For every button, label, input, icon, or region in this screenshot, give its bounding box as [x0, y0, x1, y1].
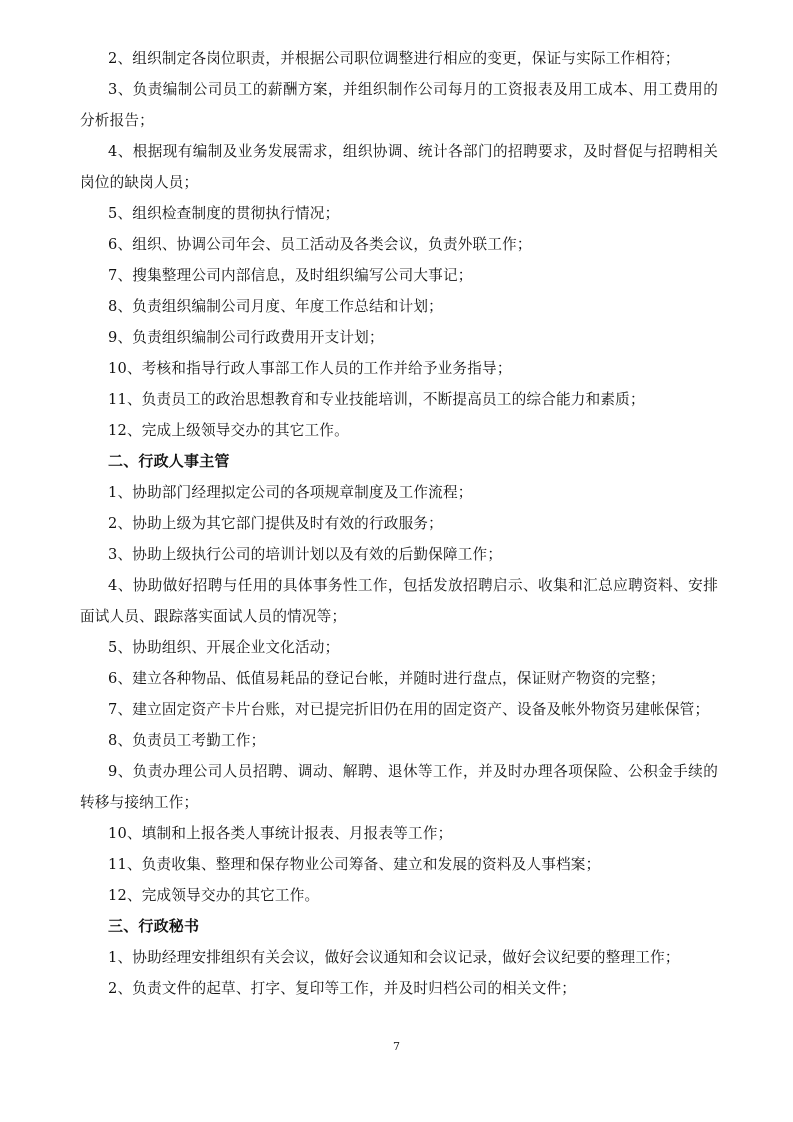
paragraph-item: 7、搜集整理公司内部信息，及时组织编写公司大事记； [80, 260, 718, 291]
paragraph-item: 9、负责组织编制公司行政费用开支计划； [80, 322, 718, 353]
paragraph-item: 2、负责文件的起草、打字、复印等工作，并及时归档公司的相关文件； [80, 973, 718, 1004]
paragraph-item: 1、协助经理安排组织有关会议，做好会议通知和会议记录，做好会议纪要的整理工作； [80, 942, 718, 973]
paragraph-item: 9、负责办理公司人员招聘、调动、解聘、退休等工作，并及时办理各项保险、公积金手续… [80, 756, 718, 818]
paragraph-item: 6、建立各种物品、低值易耗品的登记台帐，并随时进行盘点，保证财产物资的完整； [80, 663, 718, 694]
paragraph-item: 12、完成上级领导交办的其它工作。 [80, 415, 718, 446]
section-heading: 二、行政人事主管 [80, 446, 718, 477]
paragraph-item: 2、协助上级为其它部门提供及时有效的行政服务； [80, 508, 718, 539]
paragraph-item: 8、负责员工考勤工作； [80, 725, 718, 756]
paragraph-item: 3、协助上级执行公司的培训计划以及有效的后勤保障工作； [80, 539, 718, 570]
paragraph-item: 8、负责组织编制公司月度、年度工作总结和计划； [80, 291, 718, 322]
paragraph-item: 5、协助组织、开展企业文化活动； [80, 632, 718, 663]
paragraph-item: 7、建立固定资产卡片台账，对已提完折旧仍在用的固定资产、设备及帐外物资另建帐保管… [80, 694, 718, 725]
paragraph-item: 10、考核和指导行政人事部工作人员的工作并给予业务指导； [80, 353, 718, 384]
paragraph-item: 5、组织检查制度的贯彻执行情况； [80, 198, 718, 229]
paragraph-item: 4、协助做好招聘与任用的具体事务性工作，包括发放招聘启示、收集和汇总应聘资料、安… [80, 570, 718, 632]
paragraph-item: 3、负责编制公司员工的薪酬方案，并组织制作公司每月的工资报表及用工成本、用工费用… [80, 74, 718, 136]
paragraph-item: 1、协助部门经理拟定公司的各项规章制度及工作流程； [80, 477, 718, 508]
paragraph-item: 11、负责收集、整理和保存物业公司筹备、建立和发展的资料及人事档案； [80, 849, 718, 880]
section-heading: 三、行政秘书 [80, 911, 718, 942]
paragraph-item: 2、组织制定各岗位职责，并根据公司职位调整进行相应的变更，保证与实际工作相符； [80, 43, 718, 74]
paragraph-item: 12、完成领导交办的其它工作。 [80, 880, 718, 911]
paragraph-item: 4、根据现有编制及业务发展需求，组织协调、统计各部门的招聘要求，及时督促与招聘相… [80, 136, 718, 198]
paragraph-item: 6、组织、协调公司年会、员工活动及各类会议，负责外联工作； [80, 229, 718, 260]
document-page: 2、组织制定各岗位职责，并根据公司职位调整进行相应的变更，保证与实际工作相符； … [80, 43, 718, 1004]
paragraph-item: 11、负责员工的政治思想教育和专业技能培训，不断提高员工的综合能力和素质； [80, 384, 718, 415]
paragraph-item: 10、填制和上报各类人事统计报表、月报表等工作； [80, 818, 718, 849]
page-number: 7 [0, 1040, 793, 1053]
